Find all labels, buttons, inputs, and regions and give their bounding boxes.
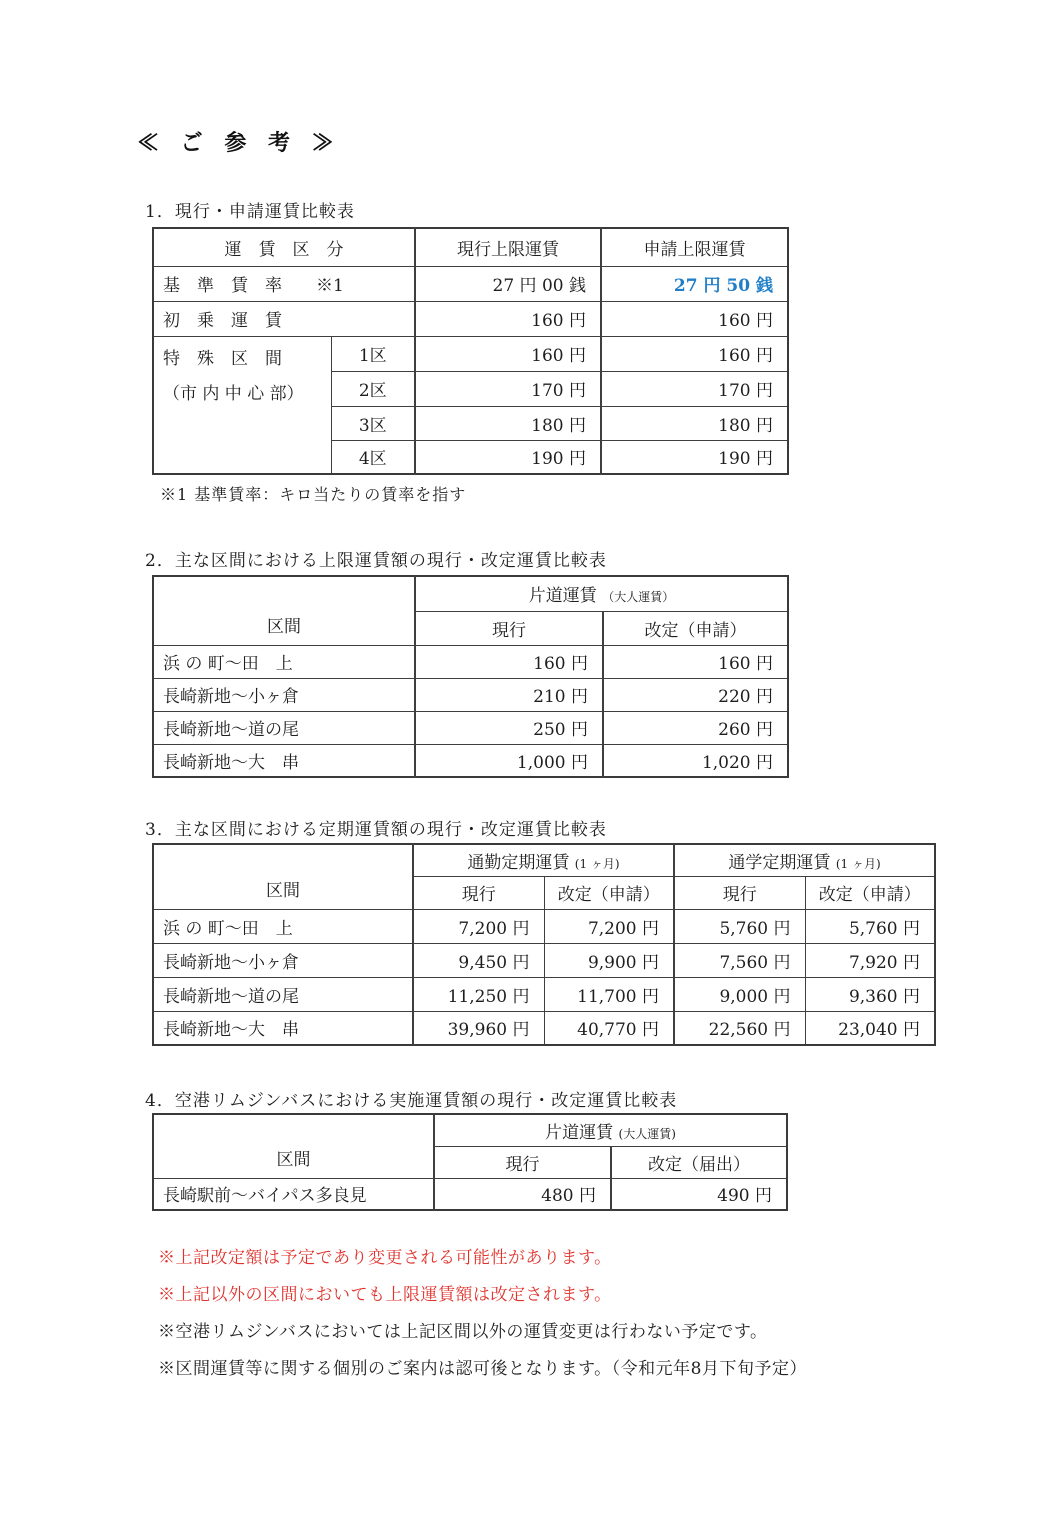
cell-student-revised: 7,920 円: [805, 943, 935, 977]
student-pass-label: 通学定期運賃: [728, 853, 830, 873]
cell-commuter-current: 7,200 円: [413, 909, 544, 943]
cell-section-name: 長崎新地～道の尾: [153, 977, 413, 1011]
cell-student-current: 5,760 円: [674, 909, 805, 943]
table-row: 浜 の 町～田 上 7,200 円 7,200 円 5,760 円 5,760 …: [153, 909, 935, 943]
cell-section-name: 長崎駅前～バイパス多良見: [153, 1178, 434, 1210]
col-header-current-upper-fare: 現行上限運賃: [415, 228, 601, 266]
cell-base-rate-current: 27 円 00 銭: [415, 266, 601, 301]
col-header-section: 区間: [153, 1114, 434, 1178]
table-row: 長崎新地～小ヶ倉 210 円 220 円: [153, 678, 788, 711]
note-individual-guidance-after-approval: ※区間運賃等に関する個別のご案内は認可後となります。（令和元年8月下旬予定）: [158, 1351, 807, 1388]
col-header-applied-upper-fare: 申請上限運賃: [601, 228, 788, 266]
cell-revised-fare: 220 円: [603, 678, 788, 711]
col-header-commuter-revised: 改定（申請）: [544, 876, 674, 909]
cell-zone-3: 3区: [331, 406, 415, 440]
cell-student-revised: 23,040 円: [805, 1011, 935, 1045]
table-row: 初 乗 運 賃 160 円 160 円: [153, 301, 788, 336]
table-row: 運 賃 区 分 現行上限運賃 申請上限運賃: [153, 228, 788, 266]
col-header-current: 現行: [434, 1146, 611, 1178]
table-row: 区間 通勤定期運賃 (1 ヶ月) 通学定期運賃 (1 ヶ月): [153, 844, 935, 876]
cell-base-rate-applied: 27 円 50 銭: [601, 266, 788, 301]
cell-current-fare: 210 円: [415, 678, 603, 711]
one-month-note: (1 ヶ月): [836, 857, 881, 871]
cell-student-revised: 9,360 円: [805, 977, 935, 1011]
cell-student-current: 7,560 円: [674, 943, 805, 977]
note-other-sections-revised: ※上記以外の区間においても上限運賃額は改定されます。: [158, 1277, 807, 1314]
adult-fare-note: （大人運賃）: [602, 590, 674, 604]
cell-revised-fare: 490 円: [611, 1178, 787, 1210]
one-way-fare-label: 片道運賃: [529, 586, 597, 606]
cell-special-section-label: 特 殊 区 間 （市 内 中 心 部）: [153, 336, 331, 474]
one-way-fare-label: 片道運賃: [545, 1123, 613, 1143]
notes-block: ※上記改定額は予定であり変更される可能性があります。 ※上記以外の区間においても…: [158, 1240, 807, 1388]
cell-zone-3-applied: 180 円: [601, 406, 788, 440]
col-header-revised: 改定（申請）: [603, 611, 788, 645]
table-row: 区間 片道運賃 (大人運賃): [153, 1114, 787, 1146]
section1-heading: 1．現行・申請運賃比較表: [145, 197, 355, 222]
commuter-pass-fare-table: 区間 通勤定期運賃 (1 ヶ月) 通学定期運賃 (1 ヶ月) 現行 改定（申請）…: [152, 843, 936, 1046]
section4-heading: 4．空港リムジンバスにおける実施運賃額の現行・改定運賃比較表: [145, 1086, 677, 1111]
cell-zone-2-current: 170 円: [415, 371, 601, 406]
cell-revised-fare: 1,020 円: [603, 744, 788, 777]
cell-current-fare: 160 円: [415, 645, 603, 678]
cell-initial-fare-applied: 160 円: [601, 301, 788, 336]
col-header-section: 区間: [153, 576, 415, 645]
cell-current-fare: 250 円: [415, 711, 603, 744]
col-header-student-pass: 通学定期運賃 (1 ヶ月): [674, 844, 935, 876]
fare-comparison-table: 運 賃 区 分 現行上限運賃 申請上限運賃 基 準 賃 率 ※1 27 円 00…: [152, 227, 789, 475]
cell-section-name: 長崎新地～道の尾: [153, 711, 415, 744]
special-section-line2: （市 内 中 心 部）: [163, 377, 331, 412]
table-row: 基 準 賃 率 ※1 27 円 00 銭 27 円 50 銭: [153, 266, 788, 301]
cell-student-revised: 5,760 円: [805, 909, 935, 943]
col-header-section: 区間: [153, 844, 413, 909]
col-header-revised: 改定（届出）: [611, 1146, 787, 1178]
cell-commuter-revised: 11,700 円: [544, 977, 674, 1011]
cell-zone-3-current: 180 円: [415, 406, 601, 440]
commuter-pass-label: 通勤定期運賃: [467, 853, 569, 873]
cell-zone-4: 4区: [331, 440, 415, 474]
cell-section-name: 長崎新地～大 串: [153, 1011, 413, 1045]
special-section-line1: 特 殊 区 間: [163, 342, 331, 377]
table-row: 区間 片道運賃 （大人運賃）: [153, 576, 788, 611]
cell-section-name: 浜 の 町～田 上: [153, 645, 415, 678]
cell-section-name: 長崎新地～大 串: [153, 744, 415, 777]
cell-commuter-current: 11,250 円: [413, 977, 544, 1011]
adult-fare-note: (大人運賃): [619, 1127, 676, 1141]
cell-current-fare: 480 円: [434, 1178, 611, 1210]
cell-current-fare: 1,000 円: [415, 744, 603, 777]
table-row: 長崎新地～道の尾 250 円 260 円: [153, 711, 788, 744]
one-way-fare-table: 区間 片道運賃 （大人運賃） 現行 改定（申請） 浜 の 町～田 上 160 円…: [152, 575, 789, 778]
col-header-one-way-fare: 片道運賃 (大人運賃): [434, 1114, 787, 1146]
col-header-commuter-pass: 通勤定期運賃 (1 ヶ月): [413, 844, 674, 876]
table-row: 特 殊 区 間 （市 内 中 心 部） 1区 160 円 160 円: [153, 336, 788, 371]
section3-heading: 3．主な区間における定期運賃額の現行・改定運賃比較表: [145, 815, 607, 840]
cell-zone-4-current: 190 円: [415, 440, 601, 474]
table-row: 長崎新地～大 串 39,960 円 40,770 円 22,560 円 23,0…: [153, 1011, 935, 1045]
cell-section-name: 長崎新地～小ヶ倉: [153, 678, 415, 711]
cell-initial-fare-current: 160 円: [415, 301, 601, 336]
airport-limousine-fare-table: 区間 片道運賃 (大人運賃) 現行 改定（届出） 長崎駅前～バイパス多良見 48…: [152, 1113, 788, 1211]
cell-revised-fare: 260 円: [603, 711, 788, 744]
table-row: 長崎新地～大 串 1,000 円 1,020 円: [153, 744, 788, 777]
cell-student-current: 9,000 円: [674, 977, 805, 1011]
cell-zone-1-current: 160 円: [415, 336, 601, 371]
table-row: 長崎駅前～バイパス多良見 480 円 490 円: [153, 1178, 787, 1210]
cell-zone-1-applied: 160 円: [601, 336, 788, 371]
table-row: 長崎新地～小ヶ倉 9,450 円 9,900 円 7,560 円 7,920 円: [153, 943, 935, 977]
cell-zone-2-applied: 170 円: [601, 371, 788, 406]
col-header-fare-category: 運 賃 区 分: [153, 228, 415, 266]
cell-base-rate-label: 基 準 賃 率 ※1: [153, 266, 415, 301]
cell-student-current: 22,560 円: [674, 1011, 805, 1045]
col-header-student-revised: 改定（申請）: [805, 876, 935, 909]
cell-section-name: 長崎新地～小ヶ倉: [153, 943, 413, 977]
note-revision-subject-to-change: ※上記改定額は予定であり変更される可能性があります。: [158, 1240, 807, 1277]
section2-heading: 2．主な区間における上限運賃額の現行・改定運賃比較表: [145, 546, 607, 571]
cell-commuter-current: 9,450 円: [413, 943, 544, 977]
document-title: ≪ ご 参 考 ≫: [137, 126, 341, 157]
col-header-commuter-current: 現行: [413, 876, 544, 909]
cell-commuter-current: 39,960 円: [413, 1011, 544, 1045]
note-limousine-no-other-changes: ※空港リムジンバスにおいては上記区間以外の運賃変更は行わない予定です。: [158, 1314, 807, 1351]
cell-zone-1: 1区: [331, 336, 415, 371]
document-page: ≪ ご 参 考 ≫ 1．現行・申請運賃比較表 運 賃 区 分 現行上限運賃 申請…: [0, 0, 1055, 1522]
cell-zone-4-applied: 190 円: [601, 440, 788, 474]
one-month-note: (1 ヶ月): [575, 857, 620, 871]
col-header-current: 現行: [415, 611, 603, 645]
cell-initial-fare-label: 初 乗 運 賃: [153, 301, 415, 336]
col-header-student-current: 現行: [674, 876, 805, 909]
col-header-one-way-fare: 片道運賃 （大人運賃）: [415, 576, 788, 611]
base-rate-footnote: ※1 基準賃率：キロ当たりの賃率を指す: [160, 482, 466, 505]
table-row: 長崎新地～道の尾 11,250 円 11,700 円 9,000 円 9,360…: [153, 977, 935, 1011]
cell-zone-2: 2区: [331, 371, 415, 406]
cell-revised-fare: 160 円: [603, 645, 788, 678]
cell-commuter-revised: 40,770 円: [544, 1011, 674, 1045]
cell-section-name: 浜 の 町～田 上: [153, 909, 413, 943]
cell-commuter-revised: 7,200 円: [544, 909, 674, 943]
table-row: 浜 の 町～田 上 160 円 160 円: [153, 645, 788, 678]
cell-commuter-revised: 9,900 円: [544, 943, 674, 977]
